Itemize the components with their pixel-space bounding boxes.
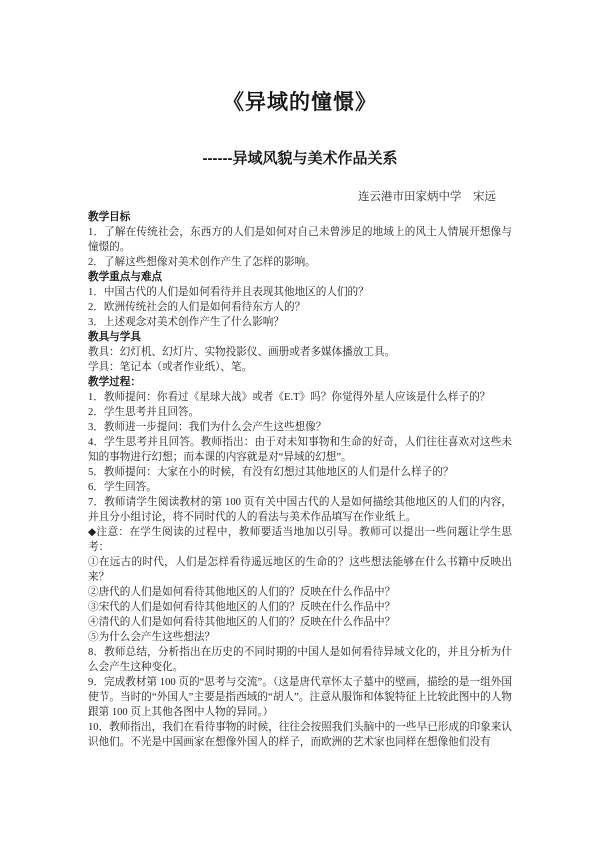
document-subtitle: ------异域风貌与美术作品关系 <box>0 149 600 169</box>
paragraph: ②唐代的人们是如何看待其他地区的人们的？反映在什么作品中？ <box>88 585 512 600</box>
paragraph: 1．了解在传统社会，东西方的人们是如何对自己未曾涉足的地域上的风土人情展开想像与… <box>88 225 512 255</box>
paragraph: 10．教师指出，我们在看待事物的时候，往往会按照我们头脑中的一些早已形成的印象来… <box>88 720 512 750</box>
paragraph: 5．教师提问：大家在小的时候，有没有幻想过其他地区的人们是什么样子的？ <box>88 465 512 480</box>
paragraph: 9．完成教材第 100 页的“思考与交流”。（这是唐代章怀太子墓中的壁画，描绘的… <box>88 675 512 720</box>
document-title: 《异域的憧憬》 <box>0 0 600 115</box>
paragraph: 1．教师提问：你看过《星球大战》或者《E.T》吗？你觉得外星人应该是什么样子的？ <box>88 390 512 405</box>
paragraph: ④清代的人们是如何看待其他地区的人们的？反映在什么作品中？ <box>88 615 512 630</box>
section-heading: 教学过程： <box>88 375 512 390</box>
section-heading: 教学重点与难点 <box>88 270 512 285</box>
paragraph: 学具：笔记本（或者作业纸）、笔。 <box>88 360 512 375</box>
paragraph: ◆注意：在学生阅读的过程中，教师要适当地加以引导。教师可以提出一些问题让学生思考… <box>88 525 512 555</box>
paragraph: 4．学生思考并且回答。教师指出：由于对未知事物和生命的好奇，人们往往喜欢对这些未… <box>88 435 512 465</box>
paragraph: ①在远古的时代，人们是怎样看待遥远地区的生命的？这些想法能够在什么书籍中反映出来… <box>88 555 512 585</box>
paragraph: ⑤为什么会产生这些想法？ <box>88 630 512 645</box>
paragraph: 2．了解这些想像对美术创作产生了怎样的影响。 <box>88 255 512 270</box>
paragraph: ③宋代的人们是如何看待其他地区的人们的？反映在什么作品中？ <box>88 600 512 615</box>
paragraph: 3．教师进一步提问：我们为什么会产生这些想像？ <box>88 420 512 435</box>
document-body: 连云港市田家炳中学 宋远 教学目标1．了解在传统社会，东西方的人们是如何对自己未… <box>88 190 512 750</box>
paragraph: 3．上述观念对美术创作产生了什么影响？ <box>88 315 512 330</box>
paragraph: 7．教师请学生阅读教材的第 100 页有关中国古代的人是如何描绘其他地区的人们的… <box>88 495 512 525</box>
paragraph: 教具：幻灯机、幻灯片、实物投影仪、画册或者多媒体播放工具。 <box>88 345 512 360</box>
paragraph: 1．中国古代的人们是如何看待并且表现其他地区的人们的？ <box>88 285 512 300</box>
section-heading: 教学目标 <box>88 210 512 225</box>
paragraph: 8．教师总结，分析指出在历史的不同时期的中国人是如何看待异域文化的，并且分析为什… <box>88 645 512 675</box>
document-page: 《异域的憧憬》 ------异域风貌与美术作品关系 连云港市田家炳中学 宋远 教… <box>0 0 600 848</box>
paragraph: 6．学生回答。 <box>88 480 512 495</box>
paragraph: 2．欧洲传统社会的人们是如何看待东方人的？ <box>88 300 512 315</box>
paragraph: 2．学生思考并且回答。 <box>88 405 512 420</box>
section-heading: 教具与学具 <box>88 330 512 345</box>
paragraph-container: 教学目标1．了解在传统社会，东西方的人们是如何对自己未曾涉足的地域上的风土人情展… <box>88 210 512 750</box>
author-byline: 连云港市田家炳中学 宋远 <box>88 190 512 205</box>
